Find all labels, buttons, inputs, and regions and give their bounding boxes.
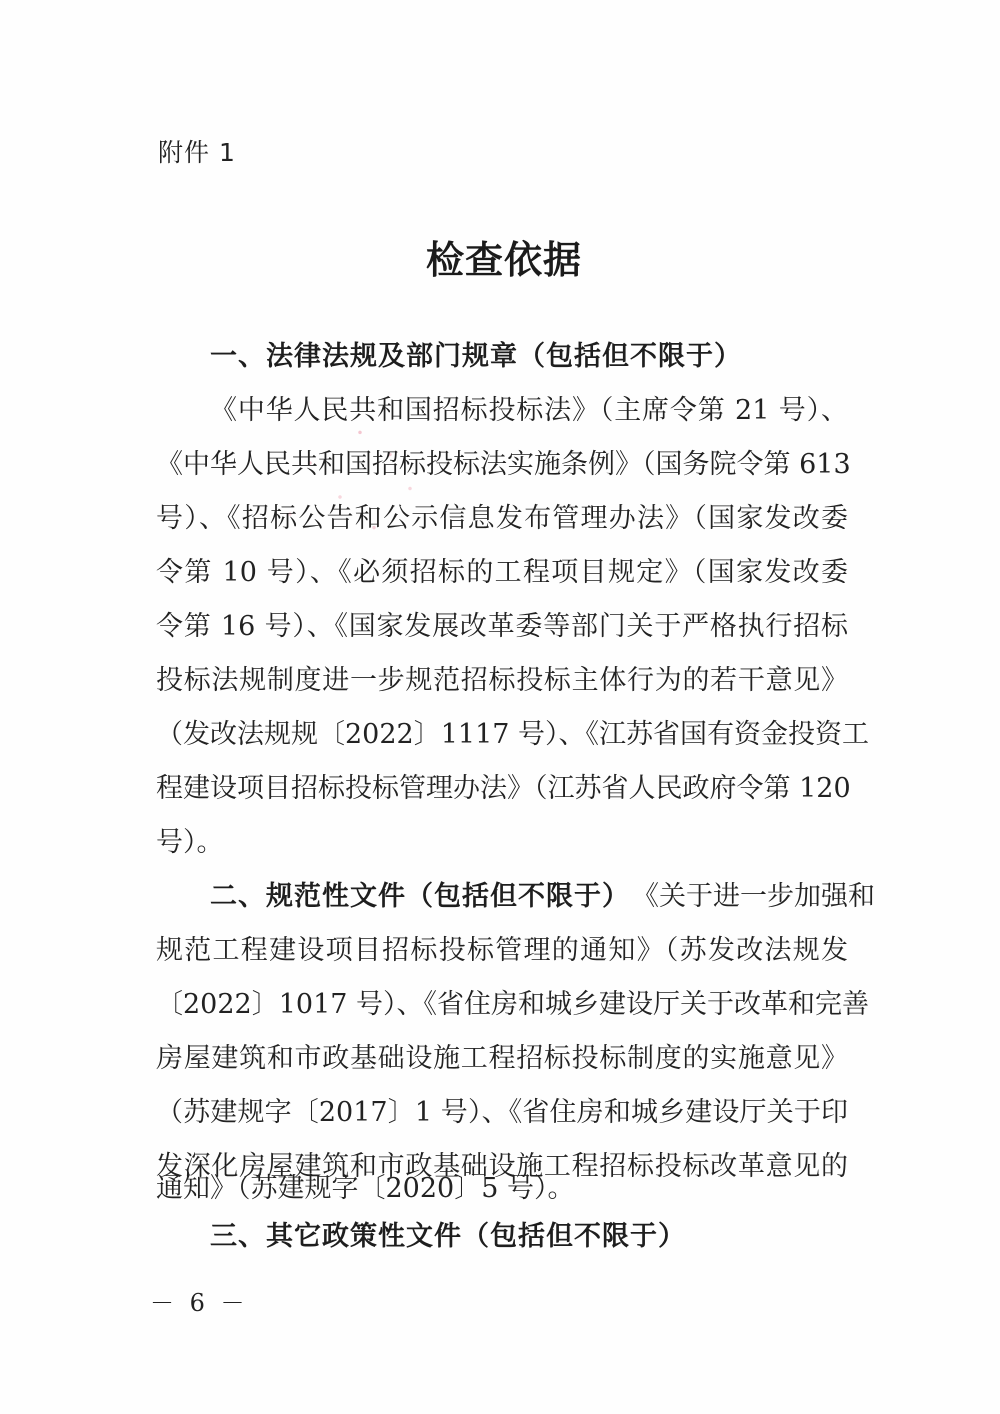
section-1-line-5: 令第 16 号）、《国家发展改革委等部门关于严格执行招标 xyxy=(156,600,848,654)
section-1-line-8: 程建设项目招标投标管理办法》（江苏省人民政府令第 120 xyxy=(156,762,848,816)
section-heading-1: 一、法律法规及部门规章（包括但不限于） xyxy=(210,330,742,384)
section-1-line-9: 号）。 xyxy=(156,816,848,870)
section-1-line-4: 令第 10 号）、《必须招标的工程项目规定》（国家发改委 xyxy=(156,546,848,600)
attachment-label: 附件 1 xyxy=(158,136,236,170)
section-heading-2: 二、规范性文件（包括但不限于） xyxy=(210,870,630,924)
section-2-line-2: 规范工程建设项目招标投标管理的通知》（苏发改法规发 xyxy=(156,924,848,978)
page-title: 检查依据 xyxy=(0,234,1000,286)
section-2-first-line: 二、规范性文件（包括但不限于） 《关于进一步加强和 xyxy=(210,870,848,924)
page-number: － 6 － xyxy=(150,1288,249,1318)
section-1-line-3: 号）、《招标公告和公示信息发布管理办法》（国家发改委 xyxy=(156,492,848,546)
section-1-line-7: （发改法规规〔2022〕1117 号）、《江苏省国有资金投资工 xyxy=(156,708,848,762)
section-1-line-2: 《中华人民共和国招标投标法实施条例》（国务院令第 613 xyxy=(156,438,848,492)
document-page: 附件 1 检查依据 一、法律法规及部门规章（包括但不限于） 《中华人民共和国招标… xyxy=(0,0,1000,1414)
section-1-line-1: 《中华人民共和国招标投标法》（主席令第 21 号）、 xyxy=(210,384,848,438)
section-2-line-1-text: 《关于进一步加强和 xyxy=(632,870,875,924)
section-2-line-3: 〔2022〕1017 号）、《省住房和城乡建设厅关于改革和完善 xyxy=(156,978,848,1032)
section-heading-3: 三、其它政策性文件（包括但不限于） xyxy=(210,1210,686,1264)
section-2-line-5: （苏建规字〔2017〕1 号）、《省住房和城乡建设厅关于印 xyxy=(156,1086,848,1140)
section-1-line-6: 投标法规制度进一步规范招标投标主体行为的若干意见》 xyxy=(156,654,848,708)
section-2-line-4: 房屋建筑和市政基础设施工程招标投标制度的实施意见》 xyxy=(156,1032,848,1086)
section-2-line-7: 通知》（苏建规字〔2020〕5 号）。 xyxy=(156,1162,848,1216)
